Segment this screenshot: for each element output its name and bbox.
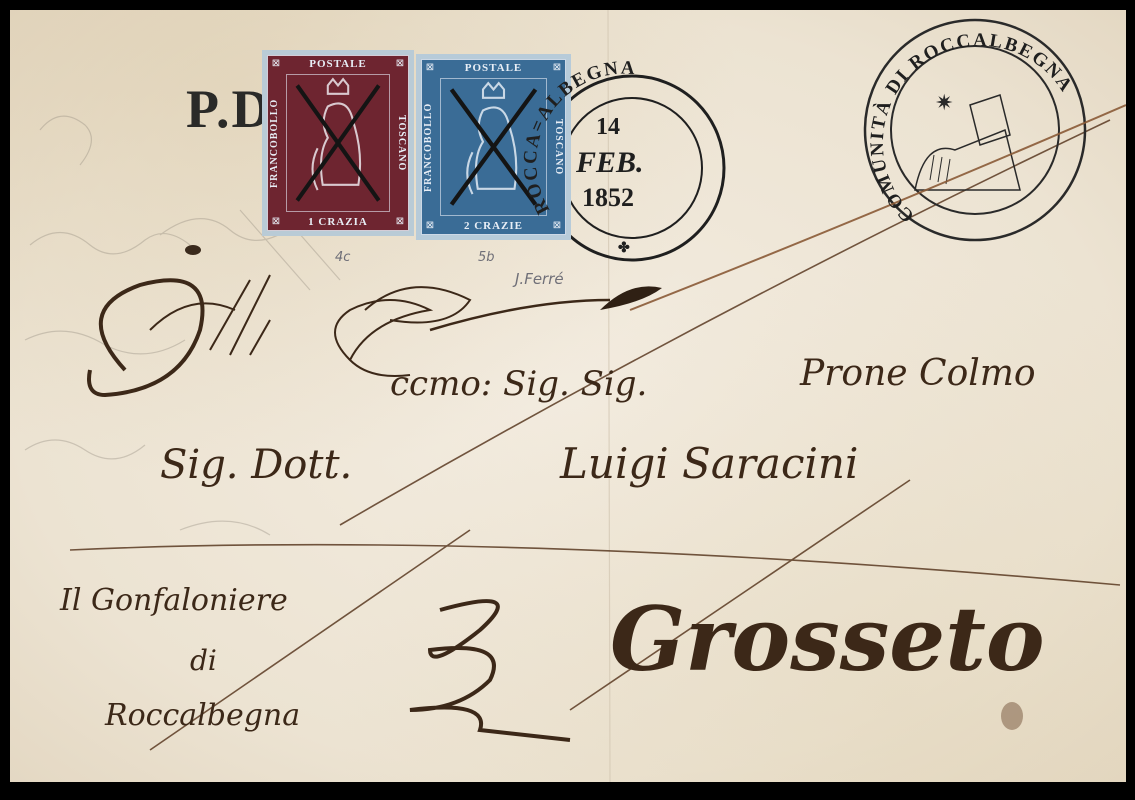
lion-emblem [440, 78, 547, 216]
sender-line-2: di [190, 644, 217, 677]
rosette-icon: ⊠ [551, 62, 563, 74]
pencil-note-catalog-2: 5b [478, 250, 495, 265]
stamp-top-label: POSTALE [286, 58, 390, 70]
ink-blot [185, 245, 201, 255]
rosette-icon: ⊠ [424, 220, 436, 232]
address-city: Grosseto [610, 587, 1045, 691]
stamp-left-label: FRANCOBOLLO [269, 76, 283, 210]
stamp-1-crazia: ⊠ ⊠ ⊠ ⊠ POSTALE FRANCOBOLLO TOSCANO 1 CR… [262, 50, 414, 236]
rosette-icon: ⊠ [394, 58, 406, 70]
stain [1001, 702, 1023, 730]
letter-cover: ccmo: Sig. Sig. Prone Colmo Sig. Dott. L… [10, 10, 1126, 782]
stamp-2-crazie: ⊠ ⊠ ⊠ ⊠ POSTALE FRANCOBOLLO TOSCANO 2 CR… [416, 54, 571, 240]
stamp-left-label: FRANCOBOLLO [423, 80, 437, 214]
stamp-value-label: 2 CRAZIE [440, 220, 547, 232]
seal: ✷ [865, 20, 1085, 240]
rosette-icon: ⊠ [551, 220, 563, 232]
stamp-top-label: POSTALE [440, 62, 547, 74]
stamp-right-label: TOSCANO [393, 76, 407, 210]
address-line-1-end: Prone Colmo [799, 353, 1036, 394]
pencil-expert-signature: J.Ferré [515, 270, 564, 288]
sender-line-3: Roccalbegna [104, 698, 300, 733]
address-line-2b: Luigi Saracini [559, 439, 858, 488]
svg-text:✷: ✷ [935, 90, 953, 115]
rosette-icon: ⊠ [270, 216, 282, 228]
pd-handstamp: P.D [186, 78, 273, 140]
rosette-icon: ⊠ [394, 216, 406, 228]
lion-emblem [286, 74, 390, 212]
stamp-value-label: 1 CRAZIA [286, 216, 390, 228]
pencil-note-catalog-1: 4c [335, 250, 350, 265]
address-line-2a: Sig. Dott. [160, 442, 352, 488]
lion-icon [287, 75, 389, 211]
stamp-right-label: TOSCANO [550, 80, 564, 214]
address-line-1-script: ccmo: Sig. Sig. [390, 364, 647, 404]
flourish [410, 601, 570, 740]
sender-line-1: Il Gonfaloniere [59, 583, 288, 618]
lion-icon [441, 79, 546, 215]
rosette-icon: ⊠ [270, 58, 282, 70]
rosette-icon: ⊠ [424, 62, 436, 74]
